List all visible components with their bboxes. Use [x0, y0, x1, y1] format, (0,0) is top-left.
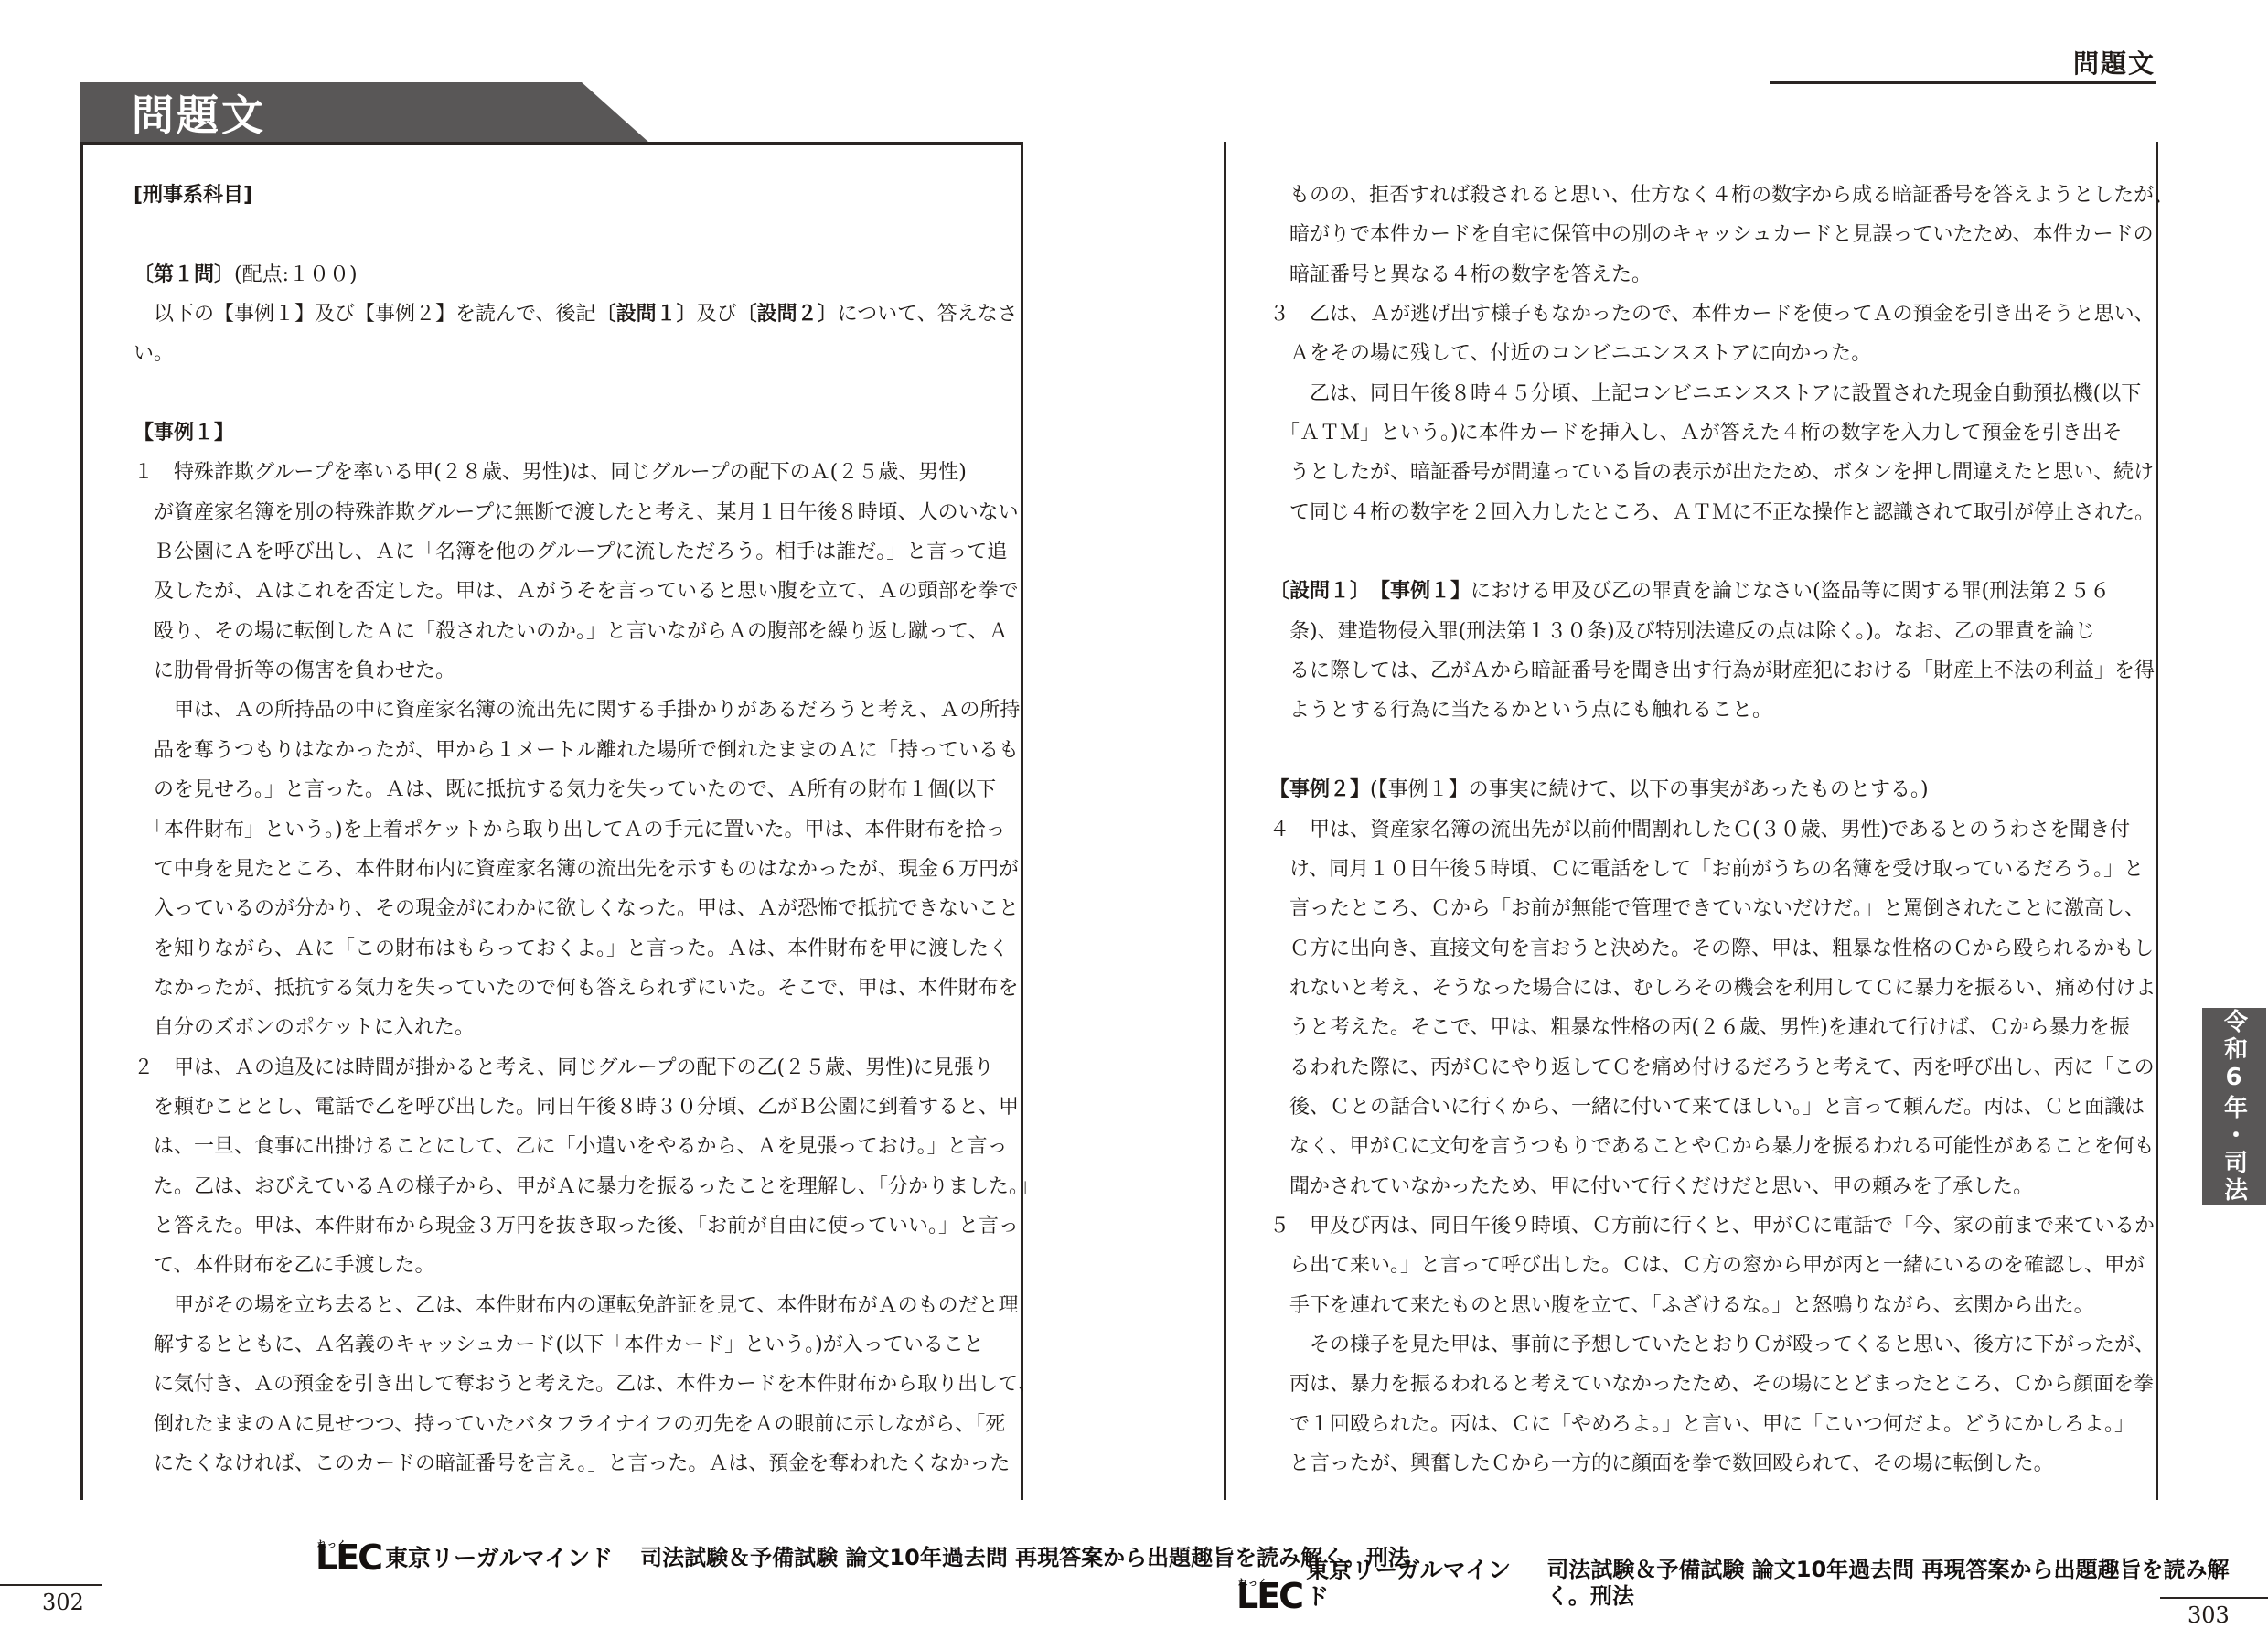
text-run: て中身を見たところ、本件財布内に資産家名簿の流出先を示すものはなかったが、現金６…	[134, 858, 1019, 881]
text-run: その様子を見た甲は、事前に予想していたとおりＣが殴ってくると思い、後方に下がった…	[1269, 1334, 2155, 1356]
text-line: その様子を見た甲は、事前に予想していたとおりＣが殴ってくると思い、後方に下がった…	[1269, 1325, 2174, 1365]
text-line: 言ったところ、Ｃから「お前が無能で管理できていないだけだ。」と罵倒されたことに激…	[1269, 889, 2174, 928]
text-line: 「ＡＴＭ」という。)に本件カードを挿入し、Ａが答えた４桁の数字を入力して預金を引…	[1269, 413, 2174, 453]
text-line: を知りながら、Ａに「この財布はもらっておくよ。」と言った。Ａは、本件財布を甲に渡…	[134, 929, 1039, 969]
edition-side-tab: 令和6年・司法	[2202, 1008, 2266, 1205]
publisher-name: 東京リーガルマインド	[1306, 1557, 1519, 1610]
text-run: 殴り、その場に転倒したＡに「殺されたいのか。」と言いながらＡの腹部を繰り返し蹴っ…	[134, 620, 1009, 643]
text-run: を頼むこととし、電話で乙を呼び出した。同日午後８時３０分頃、乙がＢ公園に到着する…	[134, 1096, 1019, 1119]
text-run: 入っているのが分かり、その現金がにわかに欲しくなった。甲は、Ａが恐怖で抵抗できな…	[134, 897, 1019, 920]
text-run: るわれた際に、丙がＣにやり返してＣを痛め付けるだろうと考えて、丙を呼び出し、丙に…	[1269, 1056, 2155, 1079]
text-run: ５ 甲及び丙は、同日午後９時頃、Ｃ方前に行くと、甲がＣに電話で「今、家の前まで来…	[1269, 1215, 2155, 1237]
text-line: [刑事系科目]	[134, 176, 1039, 215]
text-run: 及び	[697, 303, 737, 326]
text-line: 以下の【事例１】及び【事例２】を読んで、後記〔設問１〕及び〔設問２〕について、答…	[134, 295, 1039, 334]
text-line: 【事例２】(【事例１】の事実に続けて、以下の事実があったものとする。)	[1269, 770, 2174, 809]
text-line: 後、Ｃとの話合いに行くから、一緒に付いて来てほしい。」と言って頼んだ。丙は、Ｃと…	[1269, 1087, 2174, 1127]
text-run: るに際しては、乙がＡから暗証番号を聞き出す行為が財産犯における「財産上不法の利益…	[1269, 659, 2155, 682]
page-number-rule	[0, 1584, 102, 1586]
text-line: で１回殴られた。丙は、Ｃに「やめろよ。」と言い、甲に「こいつ何だよ。どうにかしろ…	[1269, 1405, 2174, 1444]
publisher-name: 東京リーガルマインド	[385, 1545, 613, 1571]
right-page-left-rule	[1224, 142, 1226, 1500]
text-line: 及したが、Ａはこれを否定した。甲は、Ａがうそを言っていると思い腹を立て、Ａの頭部…	[134, 572, 1039, 611]
text-line: を頼むこととし、電話で乙を呼び出した。同日午後８時３０分頃、乙がＢ公園に到着する…	[134, 1087, 1039, 1127]
text-run: 手下を連れて来たものと思い腹を立て、「ふざけるな。」と怒鳴りながら、玄関から出た…	[1269, 1294, 2094, 1317]
text-run: にたくなければ、このカードの暗証番号を言え。」と言った。Ａは、預金を奪われたくな…	[134, 1452, 1010, 1475]
text-line	[134, 215, 1039, 254]
text-run: 後、Ｃとの話合いに行くから、一緒に付いて来てほしい。」と言って頼んだ。丙は、Ｃと…	[1269, 1096, 2145, 1119]
text-run: 倒れたままのＡに見せつつ、持っていたバタフライナイフの刃先をＡの眼前に示しながら…	[134, 1413, 1005, 1436]
text-run: Ｃ方に出向き、直接文句を言おうと決めた。その際、甲は、粗暴な性格のＣから殴られる…	[1269, 937, 2154, 960]
text-line	[134, 374, 1039, 413]
text-run: け、同月１０日午後５時頃、Ｃに電話をして「お前がうちの名簿を受け取っているだろう…	[1269, 858, 2144, 881]
text-run: た。乙は、おびえているＡの様子から、甲がＡに暴力を振るったことを理解し、「分かり…	[134, 1175, 1039, 1198]
text-run: ４ 甲は、資産家名簿の流出先が以前仲間割れしたＣ(３０歳、男性)であるとのうわさ…	[1269, 819, 2130, 841]
text-run: のを見せろ。」と言った。Ａは、既に抵抗する気力を失っていたので、Ａ所有の財布１個…	[134, 778, 996, 801]
text-run: なかったが、抵抗する気力を失っていたので何も答えられずにいた。そこで、甲は、本件…	[134, 977, 1019, 1000]
page-number-right: 303	[2188, 1602, 2230, 1628]
text-line: Ｂ公園にＡを呼び出し、Ａに「名簿を他のグループに流しただろう。相手は誰だ。」と言…	[134, 532, 1039, 572]
text-line: ５ 甲及び丙は、同日午後９時頃、Ｃ方前に行くと、甲がＣに電話で「今、家の前まで来…	[1269, 1206, 2174, 1246]
text-line: た。乙は、おびえているＡの様子から、甲がＡに暴力を振るったことを理解し、「分かり…	[134, 1167, 1039, 1206]
text-run: (【事例１】の事実に続けて、以下の事実があったものとする。)	[1370, 778, 1929, 801]
text-line: 乙は、同日午後８時４５分頃、上記コンビニエンスストアに設置された現金自動預払機(…	[1269, 374, 2174, 413]
text-line: 解するとともに、Ａ名義のキャッシュカード(以下「本件カード」という。)が入ってい…	[134, 1325, 1039, 1365]
text-run: 暗証番号と異なる４桁の数字を答えた。	[1269, 263, 1652, 286]
text-line: 暗証番号と異なる４桁の数字を答えた。	[1269, 255, 2174, 295]
text-run: 言ったところ、Ｃから「お前が無能で管理できていないだけだ。」と罵倒されたことに激…	[1269, 897, 2145, 920]
text-run-gothic: 〔設問１〕	[596, 303, 697, 326]
text-run: (配点:１００)	[234, 263, 358, 286]
text-line: 〔設問１〕 【事例１】における甲及び乙の罪責を論じなさい(盗品等に関する罪(刑法…	[1269, 572, 2174, 611]
text-line: るに際しては、乙がＡから暗証番号を聞き出す行為が財産犯における「財産上不法の利益…	[1269, 651, 2174, 691]
text-run: 「ＡＴＭ」という。)に本件カードを挿入し、Ａが答えた４桁の数字を入力して預金を引…	[1269, 422, 2123, 445]
text-line: Ｃ方に出向き、直接文句を言おうと決めた。その際、甲は、粗暴な性格のＣから殴られる…	[1269, 929, 2174, 969]
text-line: ら出て来い。」と言って呼び出した。Ｃは、Ｃ方の窓から甲が丙と一緒にいるのを確認し…	[1269, 1246, 2174, 1285]
text-line: にたくなければ、このカードの暗証番号を言え。」と言った。Ａは、預金を奪われたくな…	[134, 1444, 1039, 1484]
text-line: に気付き、Ａの預金を引き出して奪おうと考えた。乙は、本件カードを本件財布から取り…	[134, 1365, 1039, 1404]
text-run: と言ったが、興奮したＣから一方的に顔面を拳で数回殴られて、その場に転倒した。	[1269, 1452, 2054, 1475]
text-line: と言ったが、興奮したＣから一方的に顔面を拳で数回殴られて、その場に転倒した。	[1269, 1444, 2174, 1484]
text-run: 及したが、Ａはこれを否定した。甲は、Ａがうそを言っていると思い腹を立て、Ａの頭部…	[134, 580, 1019, 603]
text-line: 手下を連れて来たものと思い腹を立て、「ふざけるな。」と怒鳴りながら、玄関から出た…	[1269, 1286, 2174, 1325]
text-run: うと考えた。そこで、甲は、粗暴な性格の丙(２６歳、男性)を連れて行けば、Ｃから暴…	[1269, 1016, 2130, 1039]
section-banner: 問題文	[80, 82, 649, 143]
section-banner-title: 問題文	[132, 82, 266, 143]
text-run: 乙は、同日午後８時４５分頃、上記コンビニエンスストアに設置された現金自動預払機(…	[1269, 382, 2141, 405]
text-line: 【事例１】	[134, 413, 1039, 453]
text-line: い。	[134, 334, 1039, 373]
text-run: が資産家名簿を別の特殊詐欺グループに無断で渡したと考え、某月１日午後８時頃、人の…	[134, 501, 1019, 524]
text-line: Ａをその場に残して、付近のコンビニエンスストアに向かった。	[1269, 334, 2174, 373]
text-line: に肋骨骨折等の傷害を負わせた。	[134, 651, 1039, 691]
running-head-title: 問題文	[1770, 44, 2156, 80]
text-run: Ｂ公園にＡを呼び出し、Ａに「名簿を他のグループに流しただろう。相手は誰だ。」と言…	[134, 541, 1007, 563]
text-line: 「本件財布」という。)を上着ポケットから取り出してＡの手元に置いた。甲は、本件財…	[134, 810, 1039, 850]
text-run: 暗がりで本件カードを自宅に保管中の別のキャッシュカードと見誤っていたため、本件カ…	[1269, 223, 2154, 246]
text-line: うとしたが、暗証番号が間違っている旨の表示が出たため、ボタンを押し間違えたと思い…	[1269, 453, 2174, 492]
text-run: て同じ４桁の数字を２回入力したところ、ＡＴＭに不正な操作と認識されて取引が停止さ…	[1269, 501, 2155, 524]
text-line: と答えた。甲は、本件財布から現金３万円を抜き取った後、「お前が自由に使っていい。…	[134, 1206, 1039, 1246]
text-run: ２ 甲は、Ａの追及には時間が掛かると考え、同じグループの配下の乙(２５歳、男性)…	[134, 1056, 994, 1079]
text-line: て同じ４桁の数字を２回入力したところ、ＡＴＭに不正な操作と認識されて取引が停止さ…	[1269, 493, 2174, 532]
lec-logo: れっく LEC	[316, 1544, 381, 1571]
text-run: 自分のズボンのポケットに入れた。	[134, 1016, 475, 1039]
text-run: で１回殴られた。丙は、Ｃに「やめろよ。」と言い、甲に「こいつ何だよ。どうにかしろ…	[1269, 1413, 2134, 1436]
text-run: について、答えなさ	[838, 303, 1018, 326]
text-line: 丙は、暴力を振るわれると考えていなかったため、その場にとどまったところ、Ｃから顔…	[1269, 1365, 2174, 1404]
text-line: １ 特殊詐欺グループを率いる甲(２８歳、男性)は、同じグループの配下のＡ(２５歳…	[134, 453, 1039, 492]
text-line: 甲がその場を立ち去ると、乙は、本件財布内の運転免許証を見て、本件財布がＡのものだ…	[134, 1286, 1039, 1325]
page-number-rule	[2160, 1597, 2268, 1599]
series-title: 司法試験＆予備試験 論文10年過去問 再現答案から出題趣旨を読み解く。刑法	[1546, 1557, 2268, 1610]
text-run: は、一旦、食事に出掛けることにして、乙に「小遣いをやるから、Ａを見張っておけ。」…	[134, 1135, 1008, 1158]
text-line: け、同月１０日午後５時頃、Ｃに電話をして「お前がうちの名簿を受け取っているだろう…	[1269, 850, 2174, 889]
text-line: 殴り、その場に転倒したＡに「殺されたいのか。」と言いながらＡの腹部を繰り返し蹴っ…	[134, 612, 1039, 651]
lec-logo-ruby: れっく	[317, 1532, 348, 1559]
text-line: 〔第１問〕(配点:１００)	[134, 255, 1039, 295]
text-run: に肋骨骨折等の傷害を負わせた。	[134, 659, 455, 682]
text-line: るわれた際に、丙がＣにやり返してＣを痛め付けるだろうと考えて、丙を呼び出し、丙に…	[1269, 1048, 2174, 1087]
text-run-gothic: [刑事系科目]	[134, 184, 252, 207]
edition-side-tab-label: 令和6年・司法	[2218, 1009, 2252, 1205]
text-line: ２ 甲は、Ａの追及には時間が掛かると考え、同じグループの配下の乙(２５歳、男性)…	[134, 1048, 1039, 1087]
text-line	[1269, 731, 2174, 770]
text-line: は、一旦、食事に出掛けることにして、乙に「小遣いをやるから、Ａを見張っておけ。」…	[134, 1127, 1039, 1166]
running-head-rule	[1770, 81, 2156, 84]
text-run: 品を奪うつもりはなかったが、甲から１メートル離れた場所で倒れたままのＡに「持って…	[134, 739, 1019, 762]
left-page-body: [刑事系科目]〔第１問〕(配点:１００) 以下の【事例１】及び【事例２】を読んで…	[134, 176, 1039, 1484]
text-run-gothic: 【事例１】	[134, 422, 234, 445]
text-line: れないと考え、そうなった場合には、むしろその機会を利用してＣに暴力を振るい、痛め…	[1269, 969, 2174, 1008]
text-line	[1269, 532, 2174, 572]
text-line: 自分のズボンのポケットに入れた。	[134, 1008, 1039, 1047]
text-line: ようとする行為に当たるかという点にも触れること。	[1269, 691, 2174, 730]
text-run-gothic: 〔設問２〕	[737, 303, 838, 326]
text-run: うとしたが、暗証番号が間違っている旨の表示が出たため、ボタンを押し間違えたと思い…	[1269, 461, 2154, 484]
right-page-body: ものの、拒否すれば殺されると思い、仕方なく４桁の数字から成る暗証番号を答えようと…	[1269, 176, 2174, 1484]
text-run: ら出て来い。」と言って呼び出した。Ｃは、Ｃ方の窓から甲が丙と一緒にいるのを確認し…	[1269, 1254, 2145, 1277]
lec-logo-ruby: れっく	[1238, 1570, 1268, 1598]
text-run: ３ 乙は、Ａが逃げ出す様子もなかったので、本件カードを使ってＡの預金を引き出そう…	[1269, 303, 2155, 326]
text-line: なく、甲がＣに文句を言うつもりであることやＣから暴力を振るわれる可能性があること…	[1269, 1127, 2174, 1166]
text-run: と答えた。甲は、本件財布から現金３万円を抜き取った後、「お前が自由に使っていい。…	[134, 1215, 1019, 1237]
text-line: 倒れたままのＡに見せつつ、持っていたバタフライナイフの刃先をＡの眼前に示しながら…	[134, 1405, 1039, 1444]
text-line: 甲は、Ａの所持品の中に資産家名簿の流出先に関する手掛かりがあるだろうと考え、Ａの…	[134, 691, 1039, 730]
text-run: における甲及び乙の罪責を論じなさい(盗品等に関する罪(刑法第２５６	[1471, 580, 2110, 603]
text-run: 解するとともに、Ａ名義のキャッシュカード(以下「本件カード」という。)が入ってい…	[134, 1334, 984, 1356]
text-run: に気付き、Ａの預金を引き出して奪おうと考えた。乙は、本件カードを本件財布から取り…	[134, 1373, 1038, 1396]
text-run: て、本件財布を乙に手渡した。	[134, 1254, 435, 1277]
text-run: Ａをその場に残して、付近のコンビニエンスストアに向かった。	[1269, 342, 1871, 365]
text-line: 条)、建造物侵入罪(刑法第１３０条)及び特別法違反の点は除く。)。なお、乙の罪責…	[1269, 612, 2174, 651]
text-run-gothic: 【事例１】	[1380, 580, 1471, 603]
text-run: ものの、拒否すれば殺されると思い、仕方なく４桁の数字から成る暗証番号を答えようと…	[1269, 184, 2174, 207]
text-run-gothic: 〔第１問〕	[134, 263, 234, 286]
text-line: ４ 甲は、資産家名簿の流出先が以前仲間割れしたＣ(３０歳、男性)であるとのうわさ…	[1269, 810, 2174, 850]
text-line: て中身を見たところ、本件財布内に資産家名簿の流出先を示すものはなかったが、現金６…	[134, 850, 1039, 889]
text-run: 丙は、暴力を振るわれると考えていなかったため、その場にとどまったところ、Ｃから顔…	[1269, 1373, 2154, 1396]
text-run: を知りながら、Ａに「この財布はもらっておくよ。」と言った。Ａは、本件財布を甲に渡…	[134, 937, 1009, 960]
text-line: が資産家名簿を別の特殊詐欺グループに無断で渡したと考え、某月１日午後８時頃、人の…	[134, 493, 1039, 532]
text-line: 聞かされていなかったため、甲に付いて行くだけだと思い、甲の頼みを了承した。	[1269, 1167, 2174, 1206]
text-run	[1360, 580, 1380, 603]
text-run: い。	[134, 342, 174, 365]
text-run: 以下の【事例１】及び【事例２】を読んで、後記	[134, 303, 596, 326]
text-line: なかったが、抵抗する気力を失っていたので何も答えられずにいた。そこで、甲は、本件…	[134, 969, 1039, 1008]
text-run: 条)、建造物侵入罪(刑法第１３０条)及び特別法違反の点は除く。)。なお、乙の罪責…	[1269, 620, 2095, 643]
text-run-gothic: 〔設問１〕	[1269, 580, 1360, 603]
text-line: 品を奪うつもりはなかったが、甲から１メートル離れた場所で倒れたままのＡに「持って…	[134, 731, 1039, 770]
text-line: 暗がりで本件カードを自宅に保管中の別のキャッシュカードと見誤っていたため、本件カ…	[1269, 215, 2174, 254]
text-line: ものの、拒否すれば殺されると思い、仕方なく４桁の数字から成る暗証番号を答えようと…	[1269, 176, 2174, 215]
text-line: うと考えた。そこで、甲は、粗暴な性格の丙(２６歳、男性)を連れて行けば、Ｃから暴…	[1269, 1008, 2174, 1047]
text-run: 甲がその場を立ち去ると、乙は、本件財布内の運転免許証を見て、本件財布がＡのものだ…	[134, 1294, 1019, 1317]
text-run: れないと考え、そうなった場合には、むしろその機会を利用してＣに暴力を振るい、痛め…	[1269, 977, 2156, 1000]
text-run: １ 特殊詐欺グループを率いる甲(２８歳、男性)は、同じグループの配下のＡ(２５歳…	[134, 461, 967, 484]
right-footer: れっく LEC 東京リーガルマインド 司法試験＆予備試験 論文10年過去問 再現…	[1236, 1557, 2268, 1610]
page-number-left: 302	[42, 1590, 84, 1615]
text-run-gothic: 【事例２】	[1269, 778, 1370, 801]
text-line: て、本件財布を乙に手渡した。	[134, 1246, 1039, 1285]
text-line: ３ 乙は、Ａが逃げ出す様子もなかったので、本件カードを使ってＡの預金を引き出そう…	[1269, 295, 2174, 334]
text-line: のを見せろ。」と言った。Ａは、既に抵抗する気力を失っていたので、Ａ所有の財布１個…	[134, 770, 1039, 809]
text-line: 入っているのが分かり、その現金がにわかに欲しくなった。甲は、Ａが恐怖で抵抗できな…	[134, 889, 1039, 928]
text-run: ようとする行為に当たるかという点にも触れること。	[1269, 699, 1772, 722]
lec-logo: れっく LEC	[1236, 1582, 1302, 1610]
text-run: 甲は、Ａの所持品の中に資産家名簿の流出先に関する手掛かりがあるだろうと考え、Ａの…	[134, 699, 1020, 722]
text-run: 聞かされていなかったため、甲に付いて行くだけだと思い、甲の頼みを了承した。	[1269, 1175, 2033, 1198]
text-run: なく、甲がＣに文句を言うつもりであることやＣから暴力を振るわれる可能性があること…	[1269, 1135, 2155, 1158]
text-run: 「本件財布」という。)を上着ポケットから取り出してＡの手元に置いた。甲は、本件財…	[134, 819, 1006, 841]
